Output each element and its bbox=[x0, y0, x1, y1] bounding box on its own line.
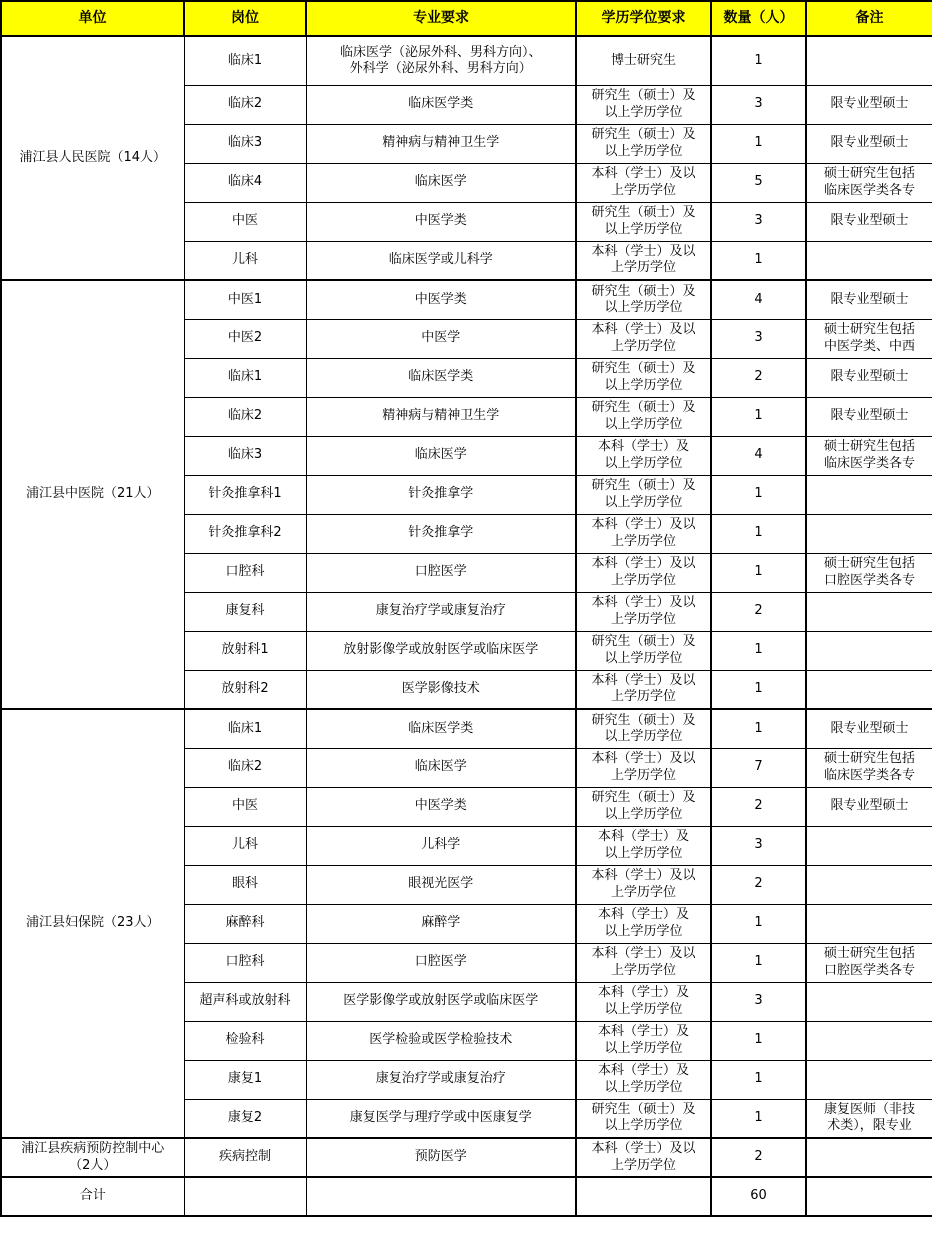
degree-cell: 研究生（硕士）及 以上学历学位 bbox=[576, 280, 711, 319]
major-cell: 临床医学或儿科学 bbox=[306, 241, 576, 280]
major-cell: 精神病与精神卫生学 bbox=[306, 124, 576, 163]
count-cell: 2 bbox=[711, 358, 806, 397]
unit-cell: 浦江县疾病预防控制中心 （2人） bbox=[1, 1138, 184, 1177]
note-cell: 硕士研究生包括 临床医学类各专 bbox=[806, 163, 932, 202]
degree-cell: 本科（学士）及 以上学历学位 bbox=[576, 1060, 711, 1099]
count-cell: 7 bbox=[711, 748, 806, 787]
count-cell: 3 bbox=[711, 85, 806, 124]
degree-cell: 研究生（硕士）及 以上学历学位 bbox=[576, 1099, 711, 1138]
major-cell: 中医学 bbox=[306, 319, 576, 358]
note-cell: 限专业型硕士 bbox=[806, 397, 932, 436]
count-cell: 1 bbox=[711, 631, 806, 670]
unit-cell: 浦江县中医院（21人） bbox=[1, 280, 184, 709]
post-cell: 康复科 bbox=[184, 592, 306, 631]
major-cell: 临床医学 bbox=[306, 163, 576, 202]
major-cell: 康复治疗学或康复治疗 bbox=[306, 1060, 576, 1099]
degree-cell: 研究生（硕士）及 以上学历学位 bbox=[576, 202, 711, 241]
degree-cell: 本科（学士）及 以上学历学位 bbox=[576, 436, 711, 475]
degree-cell: 研究生（硕士）及 以上学历学位 bbox=[576, 787, 711, 826]
count-cell: 1 bbox=[711, 36, 806, 85]
major-cell: 临床医学（泌尿外科、男科方向）、 外科学（泌尿外科、男科方向） bbox=[306, 36, 576, 85]
header-note: 备注 bbox=[806, 1, 932, 36]
major-cell: 中医学类 bbox=[306, 787, 576, 826]
recruitment-table: 单位 岗位 专业要求 学历学位要求 数量（人） 备注 浦江县人民医院（14人）临… bbox=[0, 0, 932, 1217]
post-cell: 临床1 bbox=[184, 36, 306, 85]
note-cell: 硕士研究生包括 中医学类、中西 bbox=[806, 319, 932, 358]
degree-cell: 本科（学士）及以 上学历学位 bbox=[576, 1138, 711, 1177]
post-cell: 检验科 bbox=[184, 1021, 306, 1060]
post-cell: 口腔科 bbox=[184, 943, 306, 982]
post-cell: 中医 bbox=[184, 787, 306, 826]
major-cell: 针灸推拿学 bbox=[306, 475, 576, 514]
total-degree-cell bbox=[576, 1177, 711, 1216]
note-cell bbox=[806, 982, 932, 1021]
post-cell: 临床4 bbox=[184, 163, 306, 202]
major-cell: 放射影像学或放射医学或临床医学 bbox=[306, 631, 576, 670]
degree-cell: 研究生（硕士）及 以上学历学位 bbox=[576, 709, 711, 748]
post-cell: 口腔科 bbox=[184, 553, 306, 592]
post-cell: 临床1 bbox=[184, 709, 306, 748]
major-cell: 临床医学类 bbox=[306, 85, 576, 124]
major-cell: 临床医学类 bbox=[306, 709, 576, 748]
table-row: 浦江县人民医院（14人）临床1临床医学（泌尿外科、男科方向）、 外科学（泌尿外科… bbox=[1, 36, 932, 85]
count-cell: 2 bbox=[711, 592, 806, 631]
major-cell: 临床医学 bbox=[306, 748, 576, 787]
count-cell: 3 bbox=[711, 202, 806, 241]
header-unit: 单位 bbox=[1, 1, 184, 36]
count-cell: 4 bbox=[711, 280, 806, 319]
post-cell: 临床3 bbox=[184, 124, 306, 163]
count-cell: 1 bbox=[711, 1021, 806, 1060]
unit-cell: 浦江县妇保院（23人） bbox=[1, 709, 184, 1138]
note-cell bbox=[806, 475, 932, 514]
note-cell bbox=[806, 670, 932, 709]
note-cell: 限专业型硕士 bbox=[806, 85, 932, 124]
header-row: 单位 岗位 专业要求 学历学位要求 数量（人） 备注 bbox=[1, 1, 932, 36]
note-cell bbox=[806, 631, 932, 670]
total-row: 合计 60 bbox=[1, 1177, 932, 1216]
count-cell: 1 bbox=[711, 709, 806, 748]
post-cell: 临床2 bbox=[184, 748, 306, 787]
post-cell: 放射科1 bbox=[184, 631, 306, 670]
count-cell: 3 bbox=[711, 319, 806, 358]
degree-cell: 本科（学士）及以 上学历学位 bbox=[576, 943, 711, 982]
note-cell: 限专业型硕士 bbox=[806, 280, 932, 319]
major-cell: 针灸推拿学 bbox=[306, 514, 576, 553]
note-cell: 康复医师（非技 术类），限专业 bbox=[806, 1099, 932, 1138]
major-cell: 麻醉学 bbox=[306, 904, 576, 943]
note-cell bbox=[806, 36, 932, 85]
major-cell: 中医学类 bbox=[306, 202, 576, 241]
major-cell: 康复医学与理疗学或中医康复学 bbox=[306, 1099, 576, 1138]
header-count: 数量（人） bbox=[711, 1, 806, 36]
table-row: 浦江县妇保院（23人）临床1临床医学类研究生（硕士）及 以上学历学位1限专业型硕… bbox=[1, 709, 932, 748]
degree-cell: 研究生（硕士）及 以上学历学位 bbox=[576, 358, 711, 397]
post-cell: 康复2 bbox=[184, 1099, 306, 1138]
degree-cell: 本科（学士）及 以上学历学位 bbox=[576, 826, 711, 865]
major-cell: 医学影像技术 bbox=[306, 670, 576, 709]
unit-cell: 浦江县人民医院（14人） bbox=[1, 36, 184, 280]
major-cell: 预防医学 bbox=[306, 1138, 576, 1177]
total-post-cell bbox=[184, 1177, 306, 1216]
count-cell: 4 bbox=[711, 436, 806, 475]
post-cell: 眼科 bbox=[184, 865, 306, 904]
table-row: 浦江县中医院（21人）中医1中医学类研究生（硕士）及 以上学历学位4限专业型硕士 bbox=[1, 280, 932, 319]
major-cell: 临床医学 bbox=[306, 436, 576, 475]
major-cell: 精神病与精神卫生学 bbox=[306, 397, 576, 436]
count-cell: 3 bbox=[711, 982, 806, 1021]
major-cell: 口腔医学 bbox=[306, 943, 576, 982]
header-degree: 学历学位要求 bbox=[576, 1, 711, 36]
degree-cell: 研究生（硕士）及 以上学历学位 bbox=[576, 475, 711, 514]
degree-cell: 研究生（硕士）及 以上学历学位 bbox=[576, 85, 711, 124]
post-cell: 儿科 bbox=[184, 826, 306, 865]
degree-cell: 本科（学士）及以 上学历学位 bbox=[576, 553, 711, 592]
count-cell: 2 bbox=[711, 1138, 806, 1177]
major-cell: 儿科学 bbox=[306, 826, 576, 865]
post-cell: 放射科2 bbox=[184, 670, 306, 709]
count-cell: 1 bbox=[711, 397, 806, 436]
note-cell: 限专业型硕士 bbox=[806, 202, 932, 241]
note-cell: 硕士研究生包括 口腔医学类各专 bbox=[806, 943, 932, 982]
major-cell: 临床医学类 bbox=[306, 358, 576, 397]
degree-cell: 本科（学士）及以 上学历学位 bbox=[576, 163, 711, 202]
note-cell bbox=[806, 1021, 932, 1060]
degree-cell: 本科（学士）及以 上学历学位 bbox=[576, 241, 711, 280]
count-cell: 1 bbox=[711, 904, 806, 943]
degree-cell: 本科（学士）及以 上学历学位 bbox=[576, 865, 711, 904]
note-cell bbox=[806, 1138, 932, 1177]
count-cell: 1 bbox=[711, 241, 806, 280]
post-cell: 超声科或放射科 bbox=[184, 982, 306, 1021]
post-cell: 中医2 bbox=[184, 319, 306, 358]
note-cell: 限专业型硕士 bbox=[806, 124, 932, 163]
note-cell: 限专业型硕士 bbox=[806, 787, 932, 826]
note-cell bbox=[806, 826, 932, 865]
degree-cell: 本科（学士）及以 上学历学位 bbox=[576, 592, 711, 631]
count-cell: 1 bbox=[711, 514, 806, 553]
post-cell: 儿科 bbox=[184, 241, 306, 280]
count-cell: 1 bbox=[711, 1060, 806, 1099]
total-count-cell: 60 bbox=[711, 1177, 806, 1216]
degree-cell: 本科（学士）及以 上学历学位 bbox=[576, 319, 711, 358]
note-cell bbox=[806, 592, 932, 631]
count-cell: 1 bbox=[711, 943, 806, 982]
note-cell bbox=[806, 1060, 932, 1099]
post-cell: 针灸推拿科2 bbox=[184, 514, 306, 553]
post-cell: 麻醉科 bbox=[184, 904, 306, 943]
major-cell: 口腔医学 bbox=[306, 553, 576, 592]
note-cell bbox=[806, 865, 932, 904]
total-note-cell bbox=[806, 1177, 932, 1216]
note-cell: 硕士研究生包括 临床医学类各专 bbox=[806, 748, 932, 787]
header-post: 岗位 bbox=[184, 1, 306, 36]
table-row: 浦江县疾病预防控制中心 （2人）疾病控制预防医学本科（学士）及以 上学历学位2 bbox=[1, 1138, 932, 1177]
major-cell: 医学检验或医学检验技术 bbox=[306, 1021, 576, 1060]
post-cell: 康复1 bbox=[184, 1060, 306, 1099]
count-cell: 1 bbox=[711, 553, 806, 592]
count-cell: 5 bbox=[711, 163, 806, 202]
degree-cell: 研究生（硕士）及 以上学历学位 bbox=[576, 397, 711, 436]
degree-cell: 博士研究生 bbox=[576, 36, 711, 85]
post-cell: 中医 bbox=[184, 202, 306, 241]
note-cell: 硕士研究生包括 临床医学类各专 bbox=[806, 436, 932, 475]
note-cell bbox=[806, 514, 932, 553]
note-cell: 硕士研究生包括 口腔医学类各专 bbox=[806, 553, 932, 592]
degree-cell: 本科（学士）及以 上学历学位 bbox=[576, 670, 711, 709]
degree-cell: 研究生（硕士）及 以上学历学位 bbox=[576, 631, 711, 670]
note-cell: 限专业型硕士 bbox=[806, 358, 932, 397]
count-cell: 1 bbox=[711, 475, 806, 514]
count-cell: 3 bbox=[711, 826, 806, 865]
note-cell: 限专业型硕士 bbox=[806, 709, 932, 748]
degree-cell: 研究生（硕士）及 以上学历学位 bbox=[576, 124, 711, 163]
note-cell bbox=[806, 241, 932, 280]
post-cell: 疾病控制 bbox=[184, 1138, 306, 1177]
count-cell: 2 bbox=[711, 865, 806, 904]
degree-cell: 本科（学士）及以 上学历学位 bbox=[576, 748, 711, 787]
count-cell: 2 bbox=[711, 787, 806, 826]
note-cell bbox=[806, 904, 932, 943]
degree-cell: 本科（学士）及 以上学历学位 bbox=[576, 982, 711, 1021]
count-cell: 1 bbox=[711, 124, 806, 163]
degree-cell: 本科（学士）及以 上学历学位 bbox=[576, 514, 711, 553]
degree-cell: 本科（学士）及 以上学历学位 bbox=[576, 1021, 711, 1060]
count-cell: 1 bbox=[711, 1099, 806, 1138]
count-cell: 1 bbox=[711, 670, 806, 709]
post-cell: 针灸推拿科1 bbox=[184, 475, 306, 514]
major-cell: 眼视光医学 bbox=[306, 865, 576, 904]
header-major: 专业要求 bbox=[306, 1, 576, 36]
post-cell: 临床1 bbox=[184, 358, 306, 397]
major-cell: 康复治疗学或康复治疗 bbox=[306, 592, 576, 631]
total-major-cell bbox=[306, 1177, 576, 1216]
post-cell: 中医1 bbox=[184, 280, 306, 319]
post-cell: 临床2 bbox=[184, 85, 306, 124]
major-cell: 医学影像学或放射医学或临床医学 bbox=[306, 982, 576, 1021]
total-label-cell: 合计 bbox=[1, 1177, 184, 1216]
degree-cell: 本科（学士）及 以上学历学位 bbox=[576, 904, 711, 943]
major-cell: 中医学类 bbox=[306, 280, 576, 319]
post-cell: 临床3 bbox=[184, 436, 306, 475]
post-cell: 临床2 bbox=[184, 397, 306, 436]
